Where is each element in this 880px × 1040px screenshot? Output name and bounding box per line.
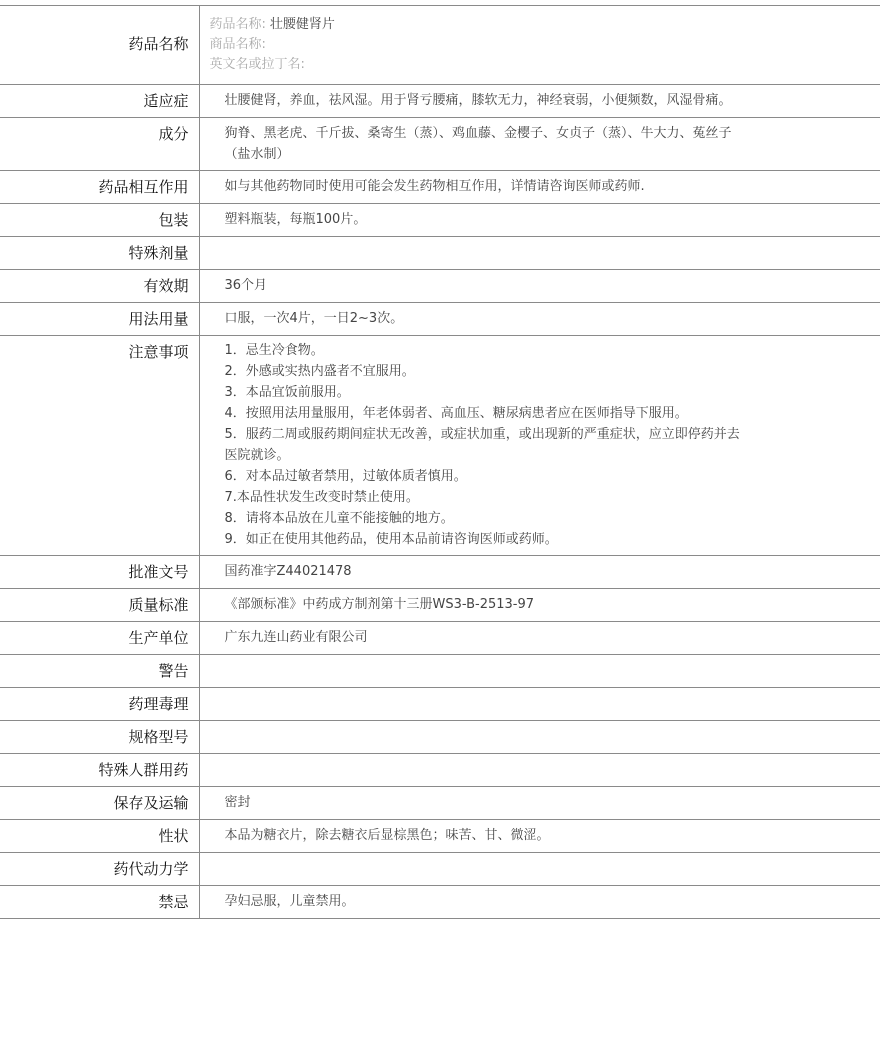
row-pharmacology: 药理毒理: [0, 688, 880, 721]
row-value: [199, 853, 880, 886]
row-ingredients: 成分 狗脊、黑老虎、千斤拔、桑寄生（蒸）、鸡血藤、金樱子、女贞子（蒸）、牛大力、…: [0, 118, 880, 171]
row-value: 1．忌生冷食物。 2．外感或实热内盛者不宜服用。 3．本品宜饭前服用。 4．按照…: [199, 336, 880, 556]
precaution-item: 8．请将本品放在儿童不能接触的地方。: [225, 508, 791, 529]
row-value: 如与其他药物同时使用可能会发生药物相互作用，详情请咨询医师或药师.: [199, 171, 880, 204]
precaution-item: 6．对本品过敏者禁用，过敏体质者慎用。: [225, 466, 791, 487]
precaution-item: 医院就诊。: [225, 445, 791, 466]
row-shelf-life: 有效期 36个月: [0, 270, 880, 303]
row-storage: 保存及运输 密封: [0, 787, 880, 820]
row-label: 包装: [0, 204, 199, 237]
precaution-item: 5．服药二周或服药期间症状无改善，或症状加重，或出现新的严重症状，应立即停药并去: [225, 424, 791, 445]
precaution-item: 2．外感或实热内盛者不宜服用。: [225, 361, 791, 382]
row-specification: 规格型号: [0, 721, 880, 754]
row-dosage: 用法用量 口服，一次4片，一日2~3次。: [0, 303, 880, 336]
row-manufacturer: 生产单位 广东九连山药业有限公司: [0, 622, 880, 655]
row-label: 用法用量: [0, 303, 199, 336]
row-value: [199, 237, 880, 270]
row-value: 36个月: [199, 270, 880, 303]
precaution-item: 9．如正在使用其他药品，使用本品前请咨询医师或药师。: [225, 529, 791, 550]
row-label: 禁忌: [0, 886, 199, 919]
row-value: 壮腰健肾，养血，祛风湿。用于肾亏腰痛，膝软无力，神经衰弱，小便频数，风湿骨痛。: [199, 85, 880, 118]
row-label: 有效期: [0, 270, 199, 303]
generic-name-value: 壮腰健肾片: [270, 17, 335, 32]
row-label: 药代动力学: [0, 853, 199, 886]
row-value: 孕妇忌服，儿童禁用。: [199, 886, 880, 919]
row-label: 注意事项: [0, 336, 199, 556]
row-value: [199, 754, 880, 787]
row-label: 警告: [0, 655, 199, 688]
row-approval-number: 批准文号 国药准字Z44021478: [0, 556, 880, 589]
row-label: 规格型号: [0, 721, 199, 754]
generic-name-line: 药品名称:壮腰健肾片: [210, 15, 791, 35]
row-interactions: 药品相互作用 如与其他药物同时使用可能会发生药物相互作用，详情请咨询医师或药师.: [0, 171, 880, 204]
row-value: 《部颁标准》中药成方制剂第十三册WS3-B-2513-97: [199, 589, 880, 622]
precaution-item: 1．忌生冷食物。: [225, 340, 791, 361]
row-precautions: 注意事项 1．忌生冷食物。 2．外感或实热内盛者不宜服用。 3．本品宜饭前服用。…: [0, 336, 880, 556]
row-label: 适应症: [0, 85, 199, 118]
row-quality-standard: 质量标准 《部颁标准》中药成方制剂第十三册WS3-B-2513-97: [0, 589, 880, 622]
row-label: 批准文号: [0, 556, 199, 589]
row-value: 国药准字Z44021478: [199, 556, 880, 589]
row-label: 生产单位: [0, 622, 199, 655]
row-description: 性状 本品为糖衣片，除去糖衣后显棕黑色；味苦、甘、微涩。: [0, 820, 880, 853]
row-pharmacokinetics: 药代动力学: [0, 853, 880, 886]
row-value: 狗脊、黑老虎、千斤拔、桑寄生（蒸）、鸡血藤、金樱子、女贞子（蒸）、牛大力、菟丝子…: [199, 118, 880, 171]
row-label: 成分: [0, 118, 199, 171]
precaution-item: 4．按照用法用量服用，年老体弱者、高血压、糖尿病患者应在医师指导下服用。: [225, 403, 791, 424]
row-drug-name: 药品名称 药品名称:壮腰健肾片 商品名称: 英文名或拉丁名:: [0, 6, 880, 85]
row-indications: 适应症 壮腰健肾，养血，祛风湿。用于肾亏腰痛，膝软无力，神经衰弱，小便频数，风湿…: [0, 85, 880, 118]
row-value: 本品为糖衣片，除去糖衣后显棕黑色；味苦、甘、微涩。: [199, 820, 880, 853]
row-label: 质量标准: [0, 589, 199, 622]
row-special-populations: 特殊人群用药: [0, 754, 880, 787]
row-label: 药理毒理: [0, 688, 199, 721]
drug-name-values: 药品名称:壮腰健肾片 商品名称: 英文名或拉丁名:: [199, 6, 880, 85]
row-warning: 警告: [0, 655, 880, 688]
row-value: [199, 655, 880, 688]
row-value: [199, 688, 880, 721]
row-label: 特殊剂量: [0, 237, 199, 270]
row-label: 保存及运输: [0, 787, 199, 820]
row-label: 性状: [0, 820, 199, 853]
row-packaging: 包装 塑料瓶装，每瓶100片。: [0, 204, 880, 237]
row-value: [199, 721, 880, 754]
row-value: 口服，一次4片，一日2~3次。: [199, 303, 880, 336]
precaution-item: 3．本品宜饭前服用。: [225, 382, 791, 403]
row-value: 密封: [199, 787, 880, 820]
english-name-line: 英文名或拉丁名:: [210, 55, 791, 75]
row-value: 广东九连山药业有限公司: [199, 622, 880, 655]
row-contraindications: 禁忌 孕妇忌服，儿童禁用。: [0, 886, 880, 919]
row-label: 药品名称: [0, 6, 199, 85]
row-label: 特殊人群用药: [0, 754, 199, 787]
row-special-dosage: 特殊剂量: [0, 237, 880, 270]
drug-spec-table: 药品名称 药品名称:壮腰健肾片 商品名称: 英文名或拉丁名: 适应症 壮腰健肾，…: [0, 5, 880, 919]
trade-name-line: 商品名称:: [210, 35, 791, 55]
row-label: 药品相互作用: [0, 171, 199, 204]
row-value: 塑料瓶装，每瓶100片。: [199, 204, 880, 237]
precaution-item: 7.本品性状发生改变时禁止使用。: [225, 487, 791, 508]
